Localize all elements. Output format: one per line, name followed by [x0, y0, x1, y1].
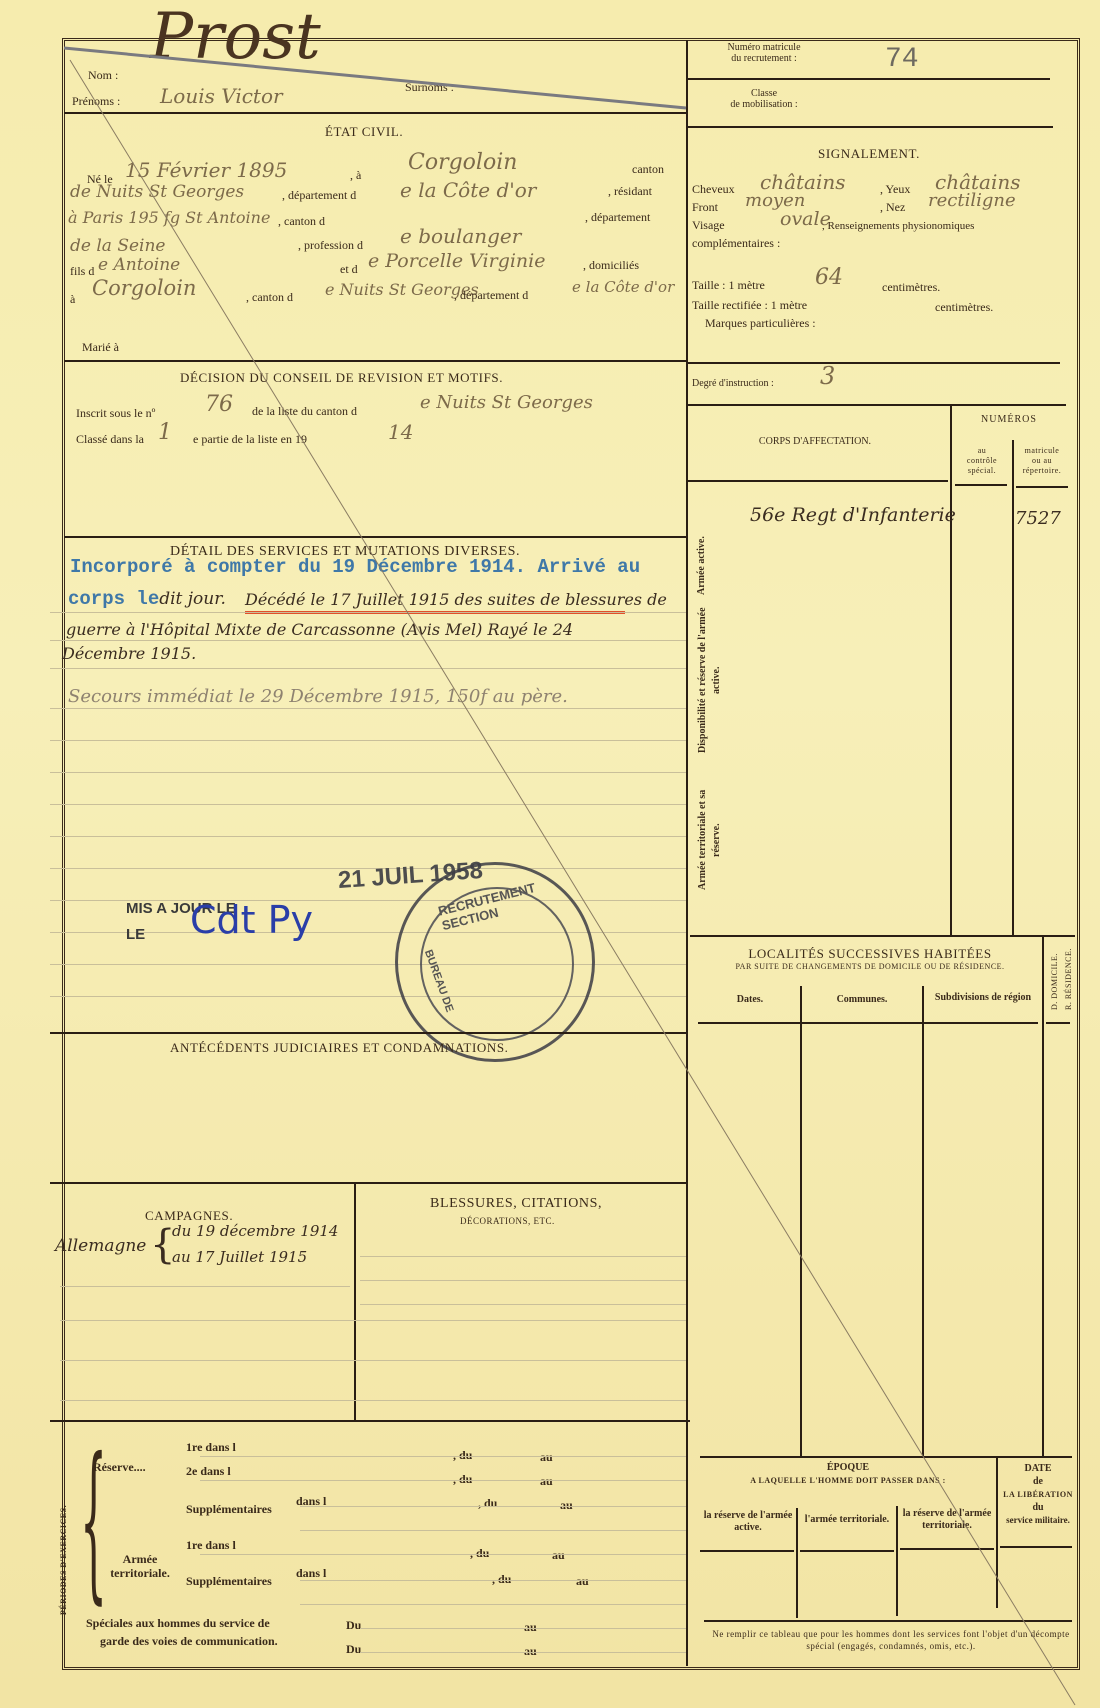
localites-subtitle: PAR SUITE DE CHANGEMENTS DE DOMICILE OU … [700, 962, 1040, 971]
centimetres-label: centimètres. [882, 280, 940, 295]
rule-line [360, 1280, 686, 1281]
rule-line [360, 1628, 686, 1629]
rule-line [50, 640, 686, 641]
column-divider [1042, 936, 1044, 1456]
services-line-2: corps ledit jour. [68, 588, 226, 610]
date-title-4: du [998, 1501, 1078, 1514]
ts-au: au [576, 1574, 589, 1589]
campagne-au: au 17 Juillet 1915 [172, 1248, 307, 1266]
rule-line [200, 1456, 686, 1457]
speciales-line2: garde des voies de communication. [100, 1634, 278, 1649]
col-domicile: D. DOMICILE. [1050, 946, 1059, 1010]
renseignements-label: , Renseignements physionomiques [822, 220, 974, 232]
inscrit-label: Inscrit sous le nº [76, 406, 155, 421]
services-secours-line: Secours immédiat le 29 Décembre 1915, 15… [68, 686, 568, 707]
armee-active-label: Armée active. [696, 525, 707, 595]
instruction-label: Degré d'instruction : [692, 378, 774, 389]
classe-dans-label: Classé dans la [76, 432, 144, 447]
partie-label: e partie de la liste en 19 [193, 432, 307, 447]
canton2-label: , canton d [246, 290, 293, 305]
domicile-value: Corgoloin [92, 276, 196, 300]
column-divider [800, 986, 802, 1456]
nez-label: , Nez [880, 200, 905, 215]
nom-label: Nom : [88, 68, 118, 83]
officer-signature: Cdt Py [190, 898, 313, 942]
territoriale-label: Armée territoriale et sa réserve. [696, 775, 726, 905]
marie-label: Marié à [82, 340, 119, 355]
controle-line3: spécial. [952, 466, 1012, 476]
classe-dans-value: 1 [158, 420, 172, 445]
birth-date-value: 15 Février 1895 [125, 158, 287, 182]
spec-du2: Du [346, 1642, 361, 1657]
campagne-pays: Allemagne [55, 1236, 146, 1256]
epoque-col-reserve-territoriale: la réserve de l'armée territoriale. [900, 1508, 994, 1532]
rule-line [50, 996, 686, 997]
blessures-subtitle: DÉCORATIONS, ETC. [460, 1216, 555, 1226]
divider [50, 1182, 686, 1184]
numeros-title: NUMÉROS [950, 414, 1068, 425]
localites-title: LOCALITÉS SUCCESSIVES HABITÉES [700, 946, 1040, 962]
terr-1-label: 1re dans l [186, 1538, 236, 1553]
armee-terr-line2: territoriale. [100, 1566, 180, 1580]
column-divider [1012, 440, 1014, 935]
divider [700, 1550, 794, 1552]
departement2-value: de la Seine [70, 236, 165, 256]
domicilies-label: , domiciliés [583, 258, 639, 273]
divider [1000, 1546, 1072, 1548]
rule-line [300, 1530, 686, 1531]
taille-label: Taille : 1 mètre [692, 278, 765, 293]
divider [690, 935, 1075, 937]
matricule-repertoire-label: matricule ou au répertoire. [1014, 446, 1070, 476]
matricule-label-line2: du recrutement : [694, 53, 834, 64]
column-divider [922, 986, 924, 1456]
divider [688, 480, 948, 482]
matricule-rep-line2: ou au [1014, 456, 1070, 466]
column-divider [796, 1508, 798, 1618]
rule-line [50, 668, 686, 669]
armee-territoriale-label: Armée territoriale. [100, 1552, 180, 1580]
epoque-note: Ne remplir ce tableau que pour les homme… [706, 1628, 1076, 1652]
date-title-2: de [998, 1475, 1078, 1488]
date-title-5: service militaire. [998, 1514, 1078, 1527]
rule-line [50, 708, 686, 709]
le-label: LE [126, 926, 145, 943]
controle-line1: au [952, 446, 1012, 456]
controle-label: au contrôle spécial. [952, 446, 1012, 476]
terr-supp-label: Supplémentaires [186, 1574, 272, 1589]
matricule-value: 74 [885, 44, 919, 75]
divider [688, 404, 1066, 406]
annee-value: 14 [388, 420, 413, 444]
front-label: Front [692, 200, 718, 215]
epoque-col-territoriale: l'armée territoriale. [800, 1514, 894, 1526]
classe-label: Classe de mobilisation : [694, 88, 834, 110]
campagne-du: du 19 décembre 1914 [172, 1222, 338, 1240]
signalement-title: SIGNALEMENT. [818, 146, 920, 162]
divider [64, 536, 686, 538]
departement3-label: , département d [454, 288, 528, 303]
column-divider [686, 40, 688, 1666]
services-typed-line-1: Incorporé à compter du 19 Décembre 1914.… [70, 556, 640, 578]
prenoms-label: Prénoms : [72, 94, 120, 109]
divider [800, 1550, 894, 1552]
canton-label: canton [632, 162, 664, 177]
date-title-3: LA LIBÉRATION [998, 1488, 1078, 1501]
residant-label: , résidant [608, 184, 652, 199]
r1-au: au [540, 1450, 553, 1465]
departement-value: e la Côte d'or [400, 178, 536, 202]
taille-rectifiee-label: Taille rectifiée : 1 mètre [692, 298, 807, 313]
antecedents-title: ANTÉCÉDENTS JUDICIAIRES ET CONDAMNATIONS… [170, 1040, 509, 1056]
rule-line [50, 836, 686, 837]
divider [698, 1022, 1038, 1024]
rule-line [60, 1320, 686, 1321]
divider [1046, 1022, 1070, 1024]
father-value: e Antoine [98, 255, 180, 275]
classe-label-line1: Classe [694, 88, 834, 99]
divider [1016, 486, 1068, 488]
divider [955, 484, 1007, 486]
services-hand-line-4: Décembre 1915. [62, 644, 196, 663]
rule-line [300, 1604, 686, 1605]
services-typed-line-2: corps le [68, 588, 159, 610]
rule-line [60, 1286, 350, 1287]
liste-canton-value: e Nuits St Georges [420, 392, 593, 413]
marques-label: Marques particulières : [705, 316, 816, 331]
rule-line [360, 1256, 686, 1257]
divider [50, 1420, 690, 1422]
rule-line [50, 612, 686, 613]
departement2-label: , département [585, 210, 650, 225]
rule-line [200, 1554, 686, 1555]
disponibilite-label: Disponibilité et réserve de l'armée acti… [696, 600, 726, 760]
a2-label: à [70, 292, 75, 307]
surnoms-label: Surnoms : [405, 80, 454, 95]
blessures-title: BLESSURES, CITATIONS, [430, 1196, 602, 1212]
divider [64, 360, 686, 362]
inscrit-value: 76 [205, 392, 233, 417]
instruction-value: 3 [820, 362, 835, 390]
column-divider [950, 406, 952, 936]
divider [688, 362, 1060, 364]
rule-line [60, 1400, 686, 1401]
canton-value: de Nuits St Georges [70, 182, 244, 202]
residant-value: à Paris 195 fg St Antoine [68, 208, 270, 227]
t1-au: au [552, 1548, 565, 1563]
divider [64, 112, 686, 114]
spec-du1: Du [346, 1618, 361, 1633]
date-liberation-header: DATE de LA LIBÉRATION du service militai… [998, 1462, 1078, 1527]
profession-label: , profession d [298, 238, 363, 253]
rule-line [60, 1360, 686, 1361]
profession-value: e boulanger [400, 224, 521, 248]
canton-d-label: , canton d [278, 214, 325, 229]
corps-title: CORPS D'AFFECTATION. [750, 436, 880, 447]
matricule-label-line1: Numéro matricule [694, 42, 834, 53]
col-dates: Dates. [700, 994, 800, 1005]
rule-line [300, 1580, 686, 1581]
col-subdivisions: Subdivisions de région [924, 992, 1042, 1003]
armee-terr-line1: Armée [100, 1552, 180, 1566]
matricule-entry: 7527 [1015, 508, 1061, 529]
terr-supp-dans: dans l [296, 1566, 326, 1581]
reserve-supp-label: Supplémentaires [186, 1502, 272, 1517]
divider [900, 1548, 994, 1550]
departement3-value: e la Côte d'or [572, 278, 674, 296]
epoque-subtitle: A LAQUELLE L'HOMME DOIT PASSER DANS : [700, 1476, 996, 1485]
services-hand-line-2: Décédé le 17 Juillet 1915 des suites de … [245, 590, 625, 614]
column-divider [896, 1506, 898, 1616]
matricule-rep-line3: répertoire. [1014, 466, 1070, 476]
departement-label: , département d [282, 188, 356, 203]
divider [688, 78, 1050, 80]
rule-line [300, 1506, 686, 1507]
surname-handwritten: Prost [150, 0, 321, 74]
services-hand-ledit: dit jour. [159, 589, 226, 609]
divider [50, 1032, 686, 1034]
fils-de-label: fils d [70, 264, 94, 279]
rule-line [50, 804, 686, 805]
column-divider [354, 1184, 356, 1420]
centimetres2-label: centimètres. [935, 300, 993, 315]
rule-line [50, 772, 686, 773]
birth-place-value: Corgoloin [408, 150, 517, 175]
divider [704, 1620, 1072, 1622]
divider [700, 1456, 1072, 1458]
date-title-1: DATE [998, 1462, 1078, 1475]
a-label: , à [350, 168, 361, 183]
visage-label: Visage [692, 218, 725, 233]
corps-entry: 56e Regt d'Infanterie [750, 504, 956, 526]
etat-civil-title: ÉTAT CIVIL. [325, 124, 403, 140]
et-de-label: et d [340, 262, 358, 277]
reserve-2-label: 2e dans l [186, 1464, 231, 1479]
nez-value: rectiligne [928, 190, 1016, 211]
reserve-1-label: 1re dans l [186, 1440, 236, 1455]
cheveux-label: Cheveux [692, 182, 735, 197]
divider [688, 126, 1053, 128]
services-hand-line-3: guerre à l'Hôpital Mixte de Carcassonne … [66, 620, 573, 639]
epoque-title: ÉPOQUE [700, 1462, 996, 1473]
complementaires-label: complémentaires : [692, 236, 780, 251]
col-communes: Communes. [802, 994, 922, 1005]
rs-du: , du [478, 1496, 497, 1511]
reserve-label: Réserve.... [93, 1460, 146, 1475]
decision-title: DÉCISION DU CONSEIL DE REVISION ET MOTIF… [180, 370, 503, 386]
controle-line2: contrôle [952, 456, 1012, 466]
taille-value: 64 [815, 265, 843, 290]
liste-canton-label: de la liste du canton d [252, 404, 357, 419]
rule-line [360, 1304, 686, 1305]
yeux-label: , Yeux [880, 182, 910, 197]
rule-line [360, 1652, 686, 1653]
classe-label-line2: de mobilisation : [694, 99, 834, 110]
rule-line [200, 1480, 686, 1481]
speciales-line1: Spéciales aux hommes du service de [86, 1616, 270, 1631]
epoque-col-reserve-active: la réserve de l'armée active. [702, 1510, 794, 1534]
mother-value: e Porcelle Virginie [368, 250, 546, 272]
rule-line [50, 740, 686, 741]
prenoms-value: Louis Victor [160, 84, 283, 108]
matricule-label: Numéro matricule du recrutement : [694, 42, 834, 64]
col-residence: R. RÉSIDENCE. [1064, 946, 1073, 1010]
matricule-rep-line1: matricule [1014, 446, 1070, 456]
r2-au: au [540, 1474, 553, 1489]
